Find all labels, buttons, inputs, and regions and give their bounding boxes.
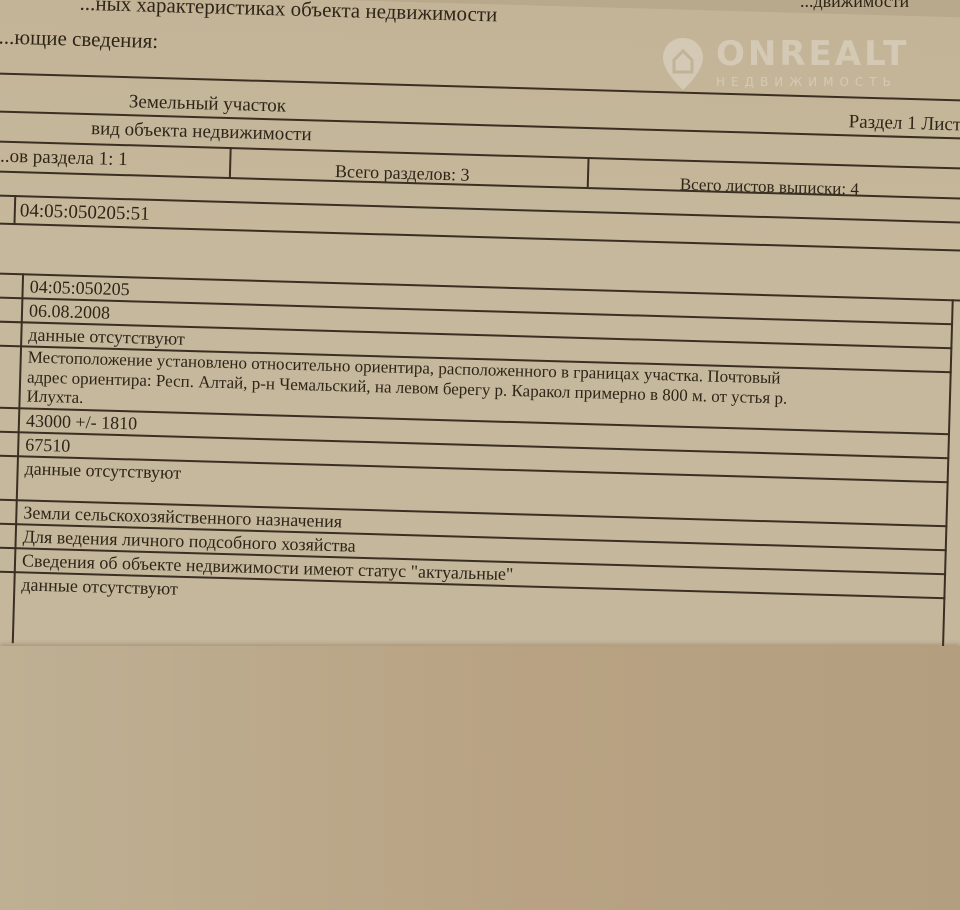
table-row: 67510 xyxy=(25,435,71,455)
object-type-value: Земельный участок xyxy=(129,92,287,115)
table-row: 43000 +/- 1810 xyxy=(26,411,138,433)
watermark: ONREALT НЕДВИЖИМОСТЬ xyxy=(660,28,940,98)
divider xyxy=(229,147,232,177)
sheets-in-section: ...ов раздела 1: 1 xyxy=(0,146,128,169)
object-type-caption: вид объекта недвижимости xyxy=(91,119,312,144)
divider xyxy=(14,195,17,223)
table-row: 04:05:050205 xyxy=(29,278,130,300)
document-sheet: ...ных характеристиках объекта недвижимо… xyxy=(0,0,960,688)
header-fragment: ...движимости xyxy=(800,0,909,10)
watermark-subtitle: НЕДВИЖИМОСТЬ xyxy=(716,75,909,89)
divider xyxy=(0,296,953,325)
overlapping-blank-sheet xyxy=(0,646,960,910)
divider xyxy=(0,140,960,170)
section-label: Раздел 1 Лист xyxy=(848,112,960,134)
divider xyxy=(587,157,590,187)
divider xyxy=(941,299,953,669)
table-row: данные отсутствуют xyxy=(24,459,181,482)
table-row: данные отсутствуют xyxy=(21,575,178,598)
table-row: Местоположение установлено относительно … xyxy=(26,347,788,427)
table-row: 06.08.2008 xyxy=(29,301,110,322)
divider xyxy=(0,222,960,252)
header-line-1: ...ных характеристиках объекта недвижимо… xyxy=(79,0,497,25)
cadastral-number: 04:05:050205:51 xyxy=(20,201,150,224)
header-line-2: ...ющие сведения: xyxy=(0,27,158,52)
divider xyxy=(0,272,960,302)
house-pin-icon xyxy=(660,36,706,90)
watermark-brand: ONREALT xyxy=(716,37,909,71)
divider xyxy=(0,430,949,459)
